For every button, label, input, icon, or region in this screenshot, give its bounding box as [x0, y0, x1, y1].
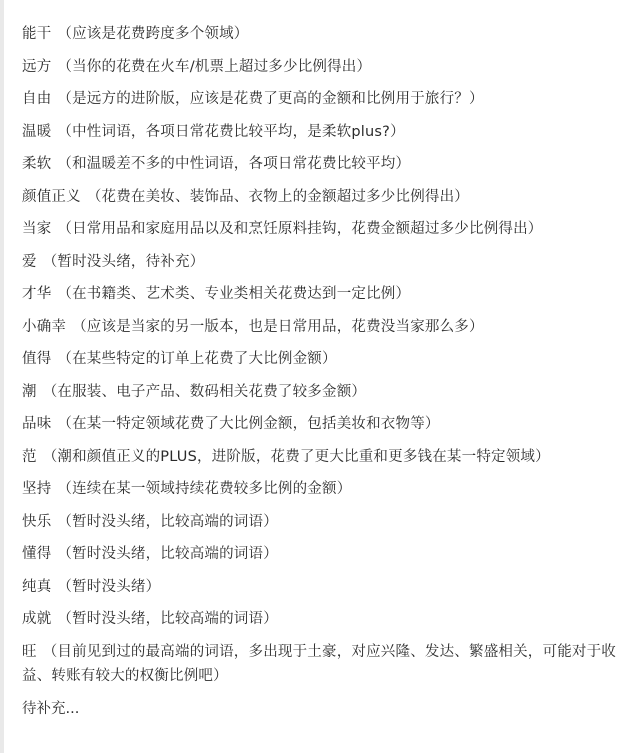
list-item: 才华（在书籍类、艺术类、专业类相关花费达到一定比例） [22, 282, 622, 306]
term: 潮 [22, 384, 37, 400]
term-description: （日常用品和家庭用品以及和烹饪原料挂钩，花费金额超过多少比例得出） [57, 221, 542, 237]
list-item: 成就（暂时没头绪，比较高端的词语） [22, 607, 622, 631]
term: 值得 [22, 351, 51, 367]
term-description: （在某一特定领域花费了大比例金额，包括美妆和衣物等） [57, 416, 439, 432]
list-item: 小确幸（应该是当家的另一版本，也是日常用品，花费没当家那么多） [22, 315, 622, 339]
list-item: 当家（日常用品和家庭用品以及和烹饪原料挂钩，花费金额超过多少比例得出） [22, 217, 622, 241]
term-description: （连续在某一领域持续花费较多比例的金额） [57, 481, 351, 497]
term: 坚持 [22, 481, 51, 497]
term: 成就 [22, 611, 51, 627]
term-description: （目前见到过的最高端的词语，多出现于土豪，对应兴隆、发达、繁盛相关，可能对于收益… [22, 644, 616, 684]
term: 温暖 [22, 124, 51, 140]
list-item: 自由（是远方的进阶版，应该是花费了更高的金额和比例用于旅行？） [22, 87, 622, 111]
term: 纯真 [22, 579, 51, 595]
term-description: （暂时没头绪，比较高端的词语） [57, 611, 278, 627]
list-item: 远方（当你的花费在火车/机票上超过多少比例得出） [22, 55, 622, 79]
term-description: （在服装、电子产品、数码相关花费了较多金额） [43, 384, 366, 400]
term: 旺 [22, 644, 37, 660]
term-description: （是远方的进阶版，应该是花费了更高的金额和比例用于旅行？） [57, 91, 483, 107]
term-description: （和温暖差不多的中性词语，各项日常花费比较平均） [57, 156, 410, 172]
list-item: 范（潮和颜值正义的PLUS，进阶版，花费了更大比重和更多钱在某一特定领域） [22, 445, 622, 469]
list-item: 值得（在某些特定的订单上花费了大比例金额） [22, 347, 622, 371]
page-left-border [0, 0, 4, 753]
list-item: 爱（暂时没头绪，待补充） [22, 250, 622, 274]
footer-note: 待补充... [22, 697, 622, 721]
term-description: （在某些特定的订单上花费了大比例金额） [57, 351, 336, 367]
term-description: （在书籍类、艺术类、专业类相关花费达到一定比例） [57, 286, 410, 302]
term: 颜值正义 [22, 189, 81, 205]
term: 范 [22, 449, 37, 465]
term-description: （暂时没头绪，待补充） [43, 254, 205, 270]
list-item: 旺（目前见到过的最高端的词语，多出现于土豪，对应兴隆、发达、繁盛相关，可能对于收… [22, 640, 622, 688]
term: 懂得 [22, 546, 51, 562]
list-item: 颜值正义（花费在美妆、装饰品、衣物上的金额超过多少比例得出） [22, 185, 622, 209]
term: 远方 [22, 59, 51, 75]
list-item: 潮（在服装、电子产品、数码相关花费了较多金额） [22, 380, 622, 404]
term-description: （中性词语，各项日常花费比较平均，是柔软plus?） [57, 124, 404, 140]
term-description: （当你的花费在火车/机票上超过多少比例得出） [57, 59, 371, 75]
list-item: 坚持（连续在某一领域持续花费较多比例的金额） [22, 477, 622, 501]
list-item: 纯真（暂时没头绪） [22, 575, 622, 599]
term-description: （暂时没头绪，比较高端的词语） [57, 546, 278, 562]
term-description: （应该是当家的另一版本，也是日常用品，花费没当家那么多） [72, 319, 484, 335]
term: 快乐 [22, 514, 51, 530]
term-list: 能干（应该是花费跨度多个领域） 远方（当你的花费在火车/机票上超过多少比例得出）… [22, 22, 622, 735]
term: 柔软 [22, 156, 51, 172]
list-item: 快乐（暂时没头绪，比较高端的词语） [22, 510, 622, 534]
term-description: （应该是花费跨度多个领域） [57, 26, 248, 42]
list-item: 柔软（和温暖差不多的中性词语，各项日常花费比较平均） [22, 152, 622, 176]
term: 品味 [22, 416, 51, 432]
term: 小确幸 [22, 319, 66, 335]
term-description: （潮和颜值正义的PLUS，进阶版，花费了更大比重和更多钱在某一特定领域） [43, 449, 550, 465]
list-item: 懂得（暂时没头绪，比较高端的词语） [22, 542, 622, 566]
list-item: 温暖（中性词语，各项日常花费比较平均，是柔软plus?） [22, 120, 622, 144]
term-description: （暂时没头绪） [57, 579, 160, 595]
term: 爱 [22, 254, 37, 270]
term: 当家 [22, 221, 51, 237]
term-description: （暂时没头绪，比较高端的词语） [57, 514, 278, 530]
term: 能干 [22, 26, 51, 42]
list-item: 能干（应该是花费跨度多个领域） [22, 22, 622, 46]
term-description: （花费在美妆、装饰品、衣物上的金额超过多少比例得出） [87, 189, 469, 205]
term: 自由 [22, 91, 51, 107]
term: 才华 [22, 286, 51, 302]
list-item: 品味（在某一特定领域花费了大比例金额，包括美妆和衣物等） [22, 412, 622, 436]
